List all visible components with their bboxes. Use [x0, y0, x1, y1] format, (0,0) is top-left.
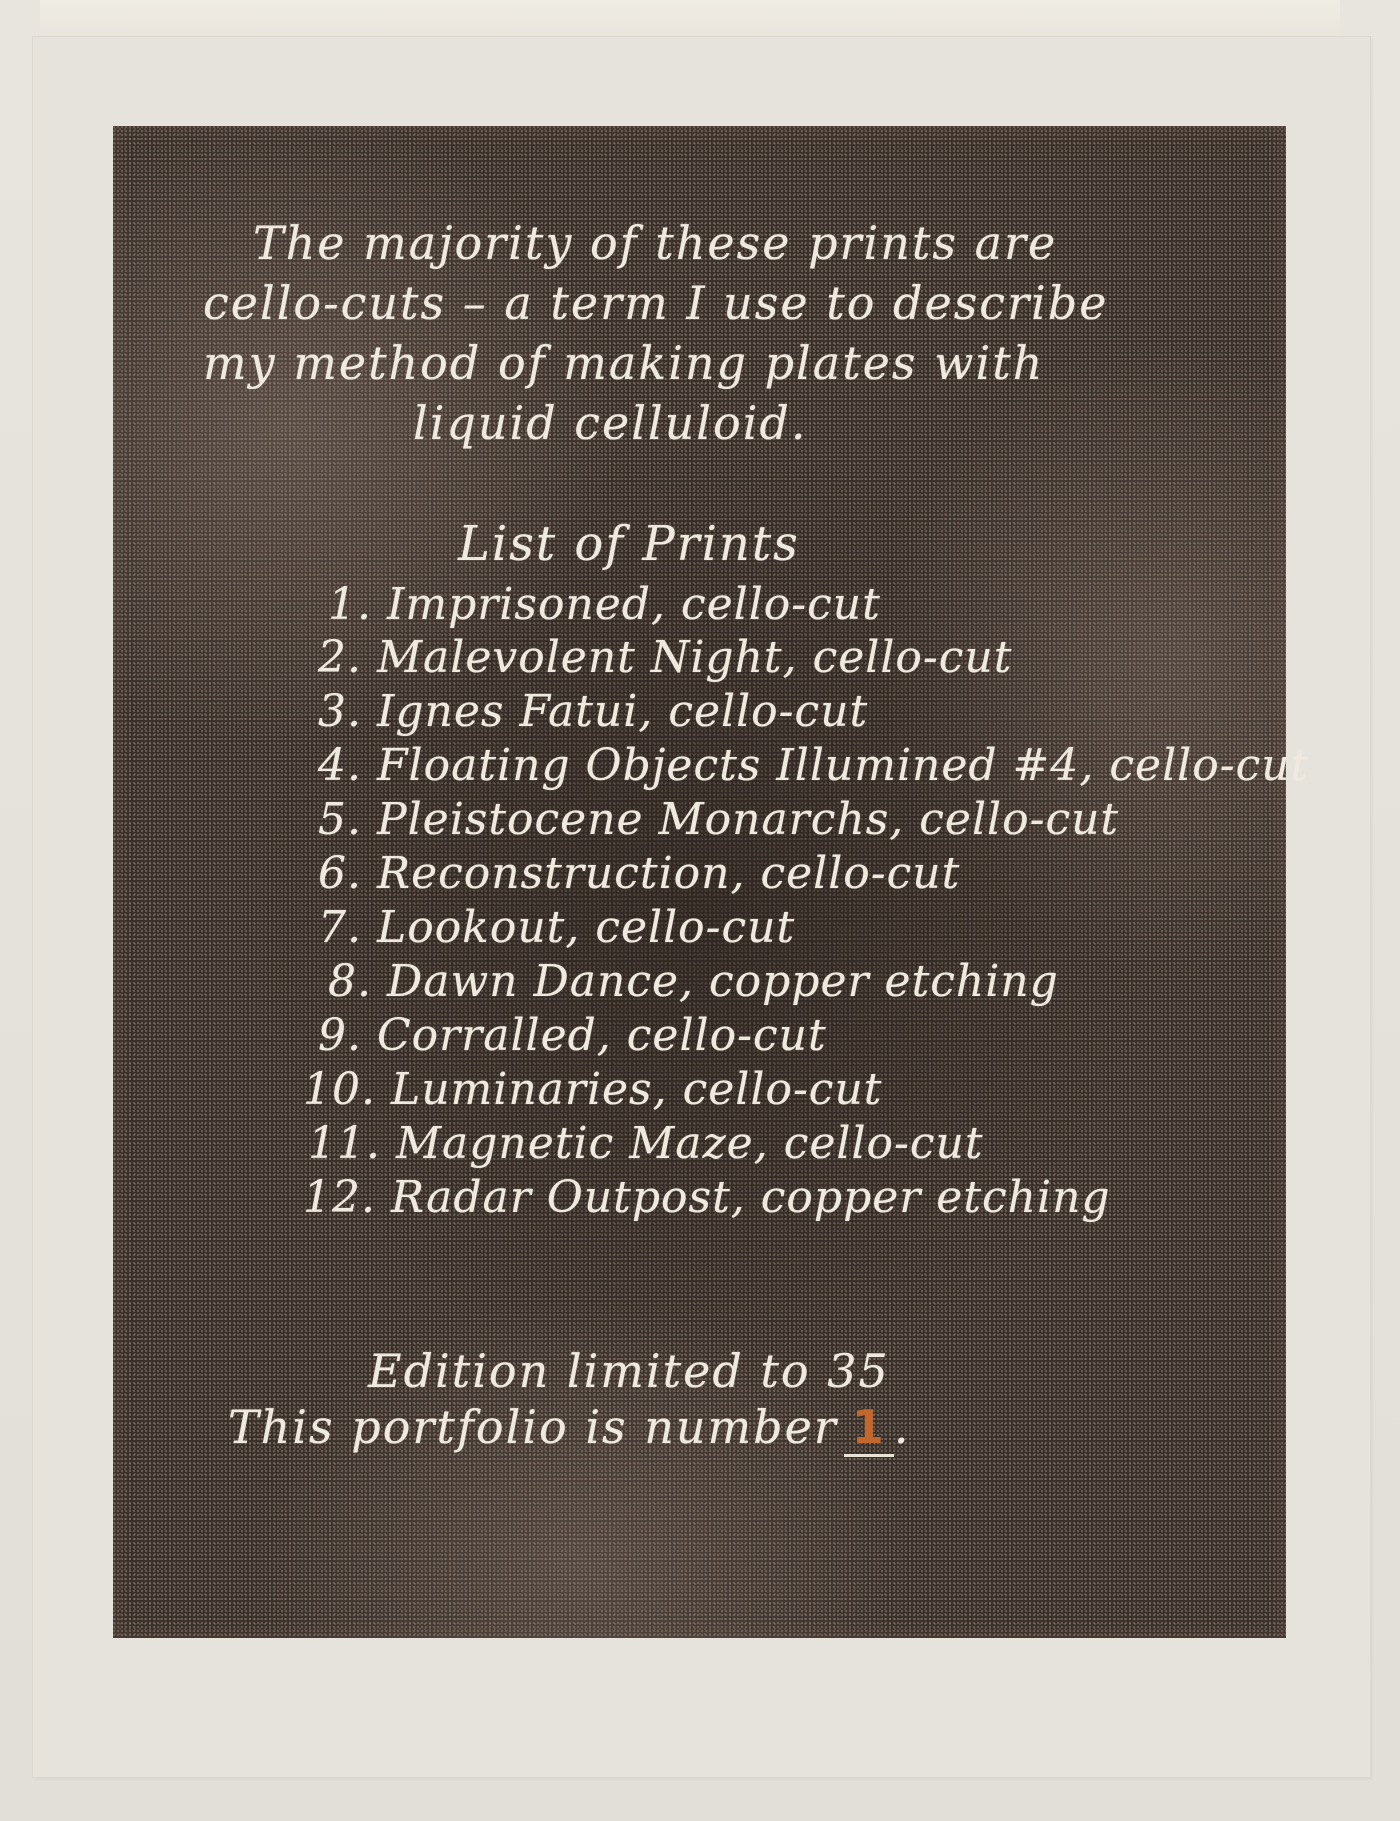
item-medium: cello-cut [627, 1010, 827, 1061]
item-title: Ignes Fatui, [377, 686, 653, 737]
item-title: Pleistocene Monarchs, [377, 794, 904, 845]
item-title: Malevolent Night, [377, 632, 798, 683]
list-item: 6. Reconstruction, cello-cut [318, 848, 960, 899]
portfolio-number: 1 [844, 1400, 894, 1457]
list-item: 11. Magnetic Maze, cello-cut [308, 1118, 984, 1169]
list-item: 8. Dawn Dance, copper etching [328, 956, 1059, 1007]
intro-line-2: cello-cuts – a term I use to describe [203, 276, 1108, 330]
intro-line-1: The majority of these prints are [253, 216, 1057, 270]
tissue-paper-edge [40, 0, 1340, 42]
intro-line-4: liquid celluloid. [413, 396, 808, 450]
list-heading: List of Prints [458, 516, 800, 572]
item-number: 4. [318, 740, 362, 791]
list-item: 12. Radar Outpost, copper etching [303, 1172, 1111, 1223]
item-number: 2. [318, 632, 362, 683]
item-medium: cello-cut [683, 1064, 883, 1115]
list-item: 3. Ignes Fatui, cello-cut [318, 686, 868, 737]
printed-plate: The majority of these prints are cello-c… [113, 126, 1286, 1638]
item-medium: cello-cut [784, 1118, 984, 1169]
item-title: Imprisoned, [387, 579, 666, 630]
item-medium: cello-cut [760, 848, 960, 899]
item-number: 3. [318, 686, 362, 737]
item-title: Floating Objects Illumined #4, [377, 740, 1094, 791]
item-number: 11. [308, 1118, 381, 1169]
intro-line-3: my method of making plates with [203, 336, 1044, 390]
item-medium: cello-cut [668, 686, 868, 737]
item-title: Radar Outpost, [391, 1172, 746, 1223]
portfolio-prefix: This portfolio is number [228, 1400, 838, 1454]
item-number: 7. [318, 902, 362, 953]
list-item: 7. Lookout, cello-cut [318, 902, 795, 953]
item-medium: cello-cut [813, 632, 1013, 683]
item-number: 9. [318, 1010, 362, 1061]
edition-statement: Edition limited to 35 [368, 1344, 890, 1398]
item-medium: cello-cut [681, 579, 881, 630]
list-item: 10. Luminaries, cello-cut [303, 1064, 882, 1115]
item-title: Luminaries, [391, 1064, 668, 1115]
portfolio-suffix: . [894, 1400, 911, 1454]
item-number: 10. [303, 1064, 376, 1115]
item-medium: copper etching [761, 1172, 1111, 1223]
list-item: 9. Corralled, cello-cut [318, 1010, 827, 1061]
item-medium: cello-cut [595, 902, 795, 953]
item-medium: cello-cut [919, 794, 1119, 845]
item-title: Lookout, [377, 902, 580, 953]
item-number: 5. [318, 794, 362, 845]
list-item: 4. Floating Objects Illumined #4, cello-… [318, 740, 1309, 791]
item-title: Dawn Dance, [387, 956, 694, 1007]
item-title: Corralled, [377, 1010, 612, 1061]
list-item: 1. Imprisoned, cello-cut [328, 579, 881, 630]
list-item: 2. Malevolent Night, cello-cut [318, 632, 1012, 683]
item-number: 8. [328, 956, 372, 1007]
portfolio-number-statement: This portfolio is number1. [228, 1400, 910, 1454]
item-medium: cello-cut [1109, 740, 1309, 791]
item-number: 1. [328, 579, 372, 630]
item-number: 12. [303, 1172, 376, 1223]
item-title: Reconstruction, [377, 848, 745, 899]
item-title: Magnetic Maze, [396, 1118, 769, 1169]
item-medium: copper etching [709, 956, 1059, 1007]
item-number: 6. [318, 848, 362, 899]
list-item: 5. Pleistocene Monarchs, cello-cut [318, 794, 1119, 845]
